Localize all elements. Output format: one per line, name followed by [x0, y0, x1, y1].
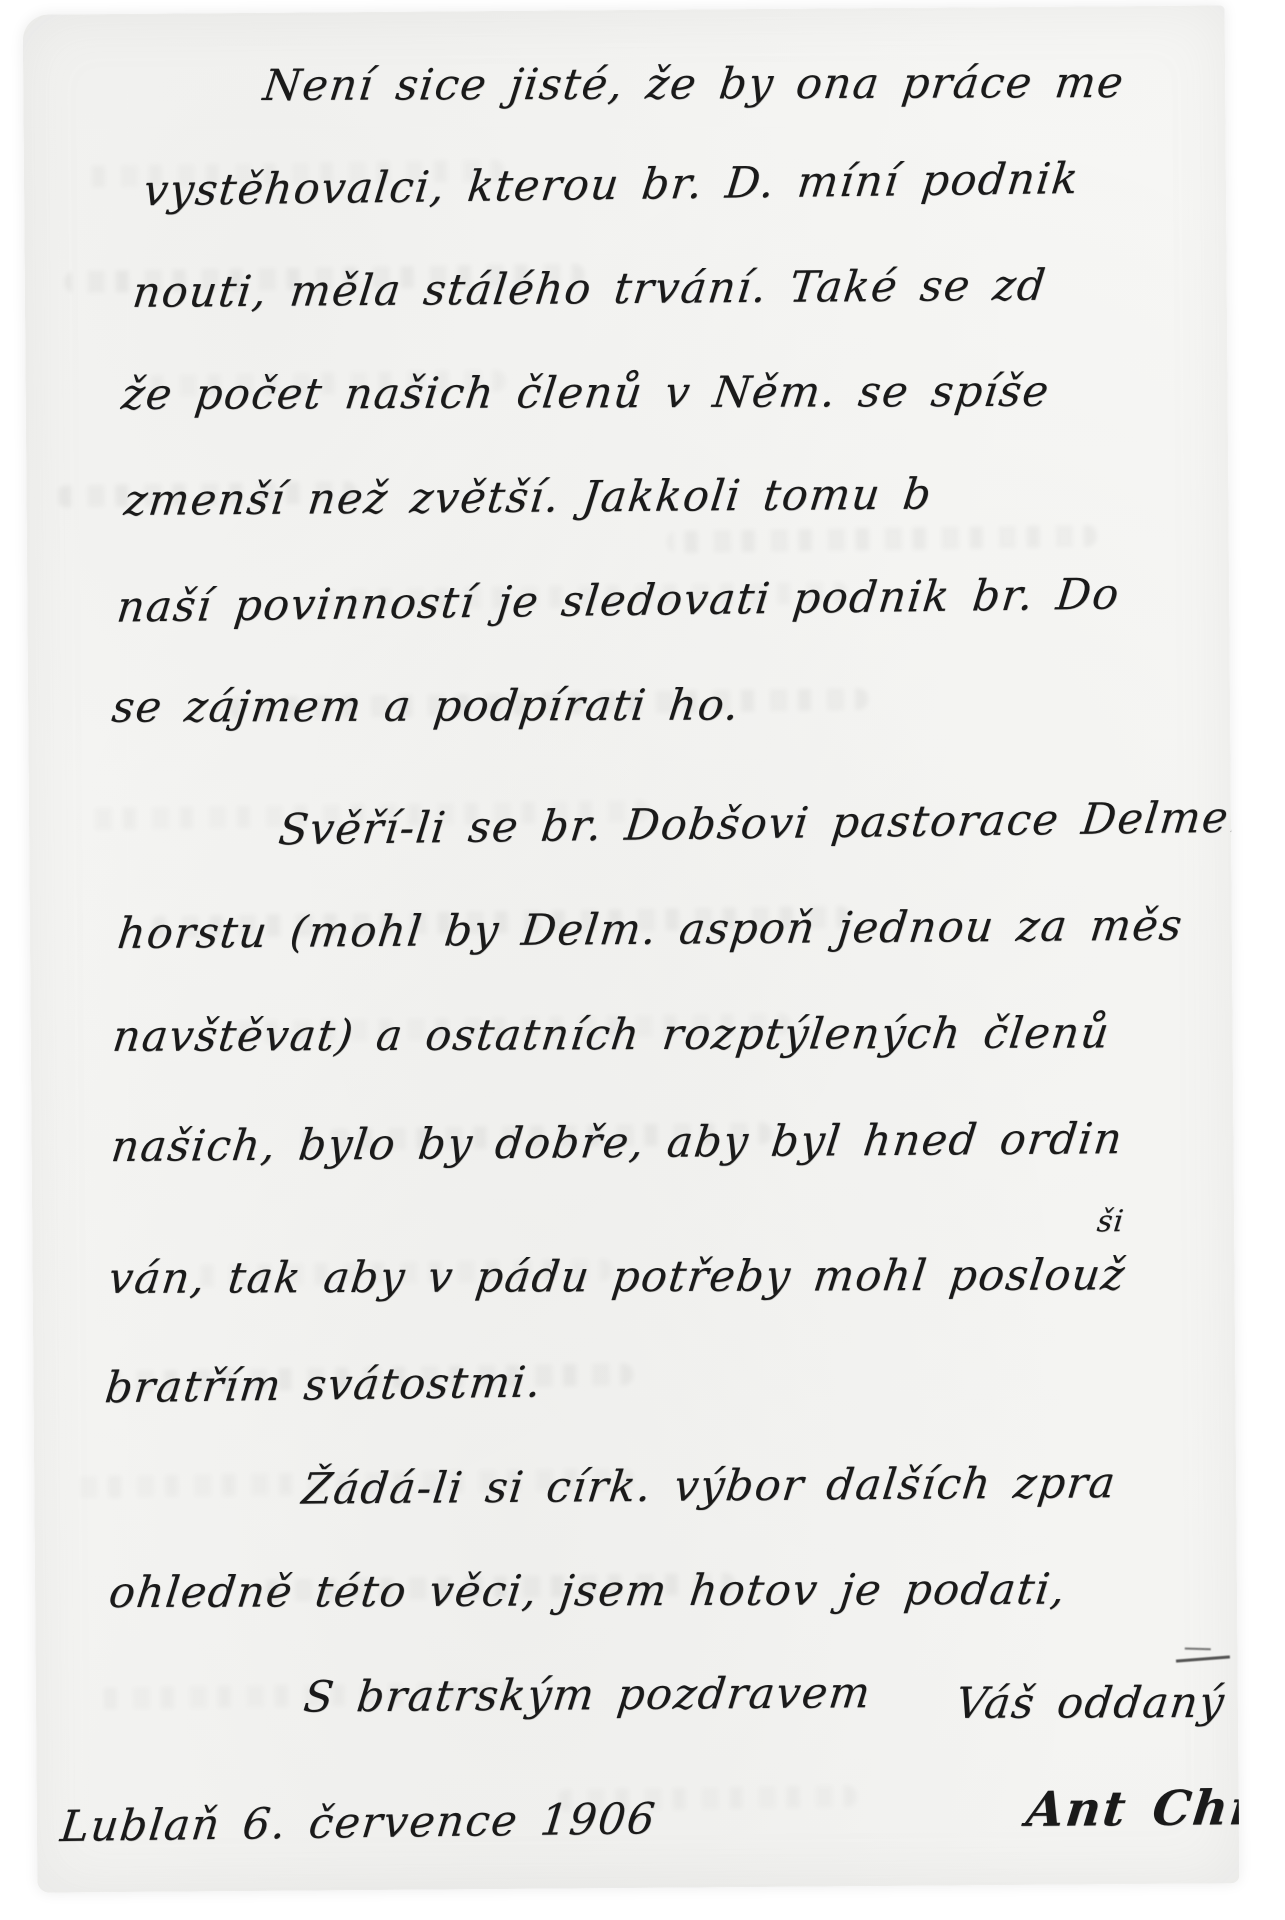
- handwriting-line: Není sice jisté, že by ona práce me: [260, 58, 1127, 111]
- handwriting-line: našich, bylo by dobře, aby byl hned ordi…: [109, 1114, 1126, 1172]
- handwriting-line: že počet našich členů v Něm. se spíše: [119, 367, 1053, 420]
- handwriting-line: bratřím svátostmi.: [103, 1358, 545, 1414]
- handwriting-line: horstu (mohl by Delm. aspoň jednou za mě…: [115, 901, 1186, 959]
- letter-page: Není sice jisté, že by ona práce me vyst…: [23, 5, 1240, 1892]
- handwriting-line: ván, tak aby v pádu potřeby mohl poslouž: [106, 1250, 1129, 1304]
- date-line: Lublaň 6. července 1906: [58, 1794, 659, 1852]
- handwriting-line: zmenší než zvětší. Jakkoli tomu b: [122, 470, 935, 526]
- handwriting-line: ohledně této věci, jsem hotov je podati,: [106, 1565, 1069, 1618]
- scanned-letter: Není sice jisté, že by ona práce me vyst…: [0, 0, 1285, 1920]
- correction-scribble: [1175, 1645, 1230, 1662]
- handwriting-line: se zájmem a podpírati ho.: [109, 680, 743, 732]
- handwriting-line: Žádá-li si círk. výbor dalších zpra: [299, 1458, 1119, 1514]
- closing-phrase: Váš oddaný: [953, 1678, 1228, 1729]
- signature: Ant Chráska: [1024, 1779, 1240, 1838]
- handwriting-line: naší povinností je sledovati podnik br. …: [114, 570, 1122, 633]
- superscript-insert: ši: [1095, 1204, 1126, 1239]
- handwriting-line: navštěvat) a ostatních rozptýlených člen…: [110, 1008, 1113, 1062]
- ink-bleedthrough: [667, 525, 1097, 553]
- handwriting-line: Svěří-li se br. Dobšovi pastorace Delmen: [276, 792, 1239, 855]
- handwriting-line: nouti, měla stálého trvání. Také se zd: [130, 261, 1049, 318]
- valediction-line: S bratrským pozdravem: [301, 1668, 874, 1723]
